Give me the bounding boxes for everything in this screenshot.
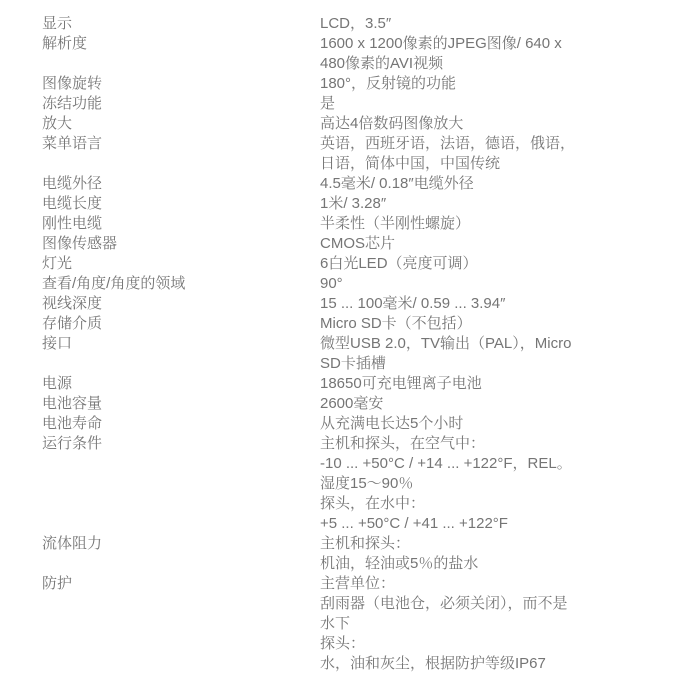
- spec-value-line: 18650可充电锂离子电池: [320, 374, 675, 394]
- spec-label: 电缆长度: [42, 194, 320, 214]
- spec-value-line: CMOS芯片: [320, 234, 675, 254]
- spec-row: 接口 微型USB 2.0，TV输出（PAL），MicroSD卡插槽: [42, 334, 700, 374]
- spec-row: 放大 高达4倍数码图像放大: [42, 114, 700, 134]
- spec-value: 是: [320, 94, 675, 114]
- spec-value-line: 水，油和灰尘，根据防护等级IP67: [320, 654, 675, 674]
- spec-label: 电池寿命: [42, 414, 320, 434]
- spec-value-line: 1600 x 1200像素的JPEG图像/ 640 x: [320, 34, 675, 54]
- spec-label: 灯光: [42, 254, 320, 274]
- spec-label: 显示: [42, 14, 320, 34]
- spec-value-line: 高达4倍数码图像放大: [320, 114, 675, 134]
- spec-value-line: 是: [320, 94, 675, 114]
- spec-row: 图像旋转 180°，反射镜的功能: [42, 74, 700, 94]
- spec-table: 显示 LCD，3.5″ 解析度 1600 x 1200像素的JPEG图像/ 64…: [0, 0, 700, 674]
- spec-value-line: 90°: [320, 274, 675, 294]
- spec-label: 运行条件: [42, 434, 320, 454]
- spec-value-line: 180°，反射镜的功能: [320, 74, 675, 94]
- spec-value: 4.5毫米/ 0.18″电缆外径: [320, 174, 675, 194]
- spec-label: 查看/角度/角度的领域: [42, 274, 320, 294]
- spec-label: 电源: [42, 374, 320, 394]
- spec-label: 解析度: [42, 34, 320, 54]
- spec-row: 流体阻力 主机和探头：机油，轻油或5％的盐水: [42, 534, 700, 574]
- spec-label: 接口: [42, 334, 320, 354]
- spec-label: 电池容量: [42, 394, 320, 414]
- spec-label: 图像旋转: [42, 74, 320, 94]
- spec-row: 存储介质 Micro SD卡（不包括）: [42, 314, 700, 334]
- spec-value: 半柔性（半刚性螺旋）: [320, 214, 675, 234]
- spec-value: 2600毫安: [320, 394, 675, 414]
- spec-value-line: SD卡插槽: [320, 354, 675, 374]
- spec-row: 视线深度 15 ... 100毫米/ 0.59 ... 3.94″: [42, 294, 700, 314]
- spec-value-line: 480像素的AVI视频: [320, 54, 675, 74]
- spec-label: 冻结功能: [42, 94, 320, 114]
- spec-row: 菜单语言 英语，西班牙语，法语，德语，俄语，日语，简体中国，中国传统: [42, 134, 700, 174]
- spec-value-line: 主机和探头：: [320, 534, 675, 554]
- spec-value-line: 6白光LED（亮度可调）: [320, 254, 675, 274]
- spec-value-line: 湿度15〜90％: [320, 474, 675, 494]
- spec-value: Micro SD卡（不包括）: [320, 314, 675, 334]
- spec-value: 主营单位：刮雨器（电池仓，必须关闭），而不是水下探头：水，油和灰尘，根据防护等级…: [320, 574, 675, 674]
- spec-label: 防护: [42, 574, 320, 594]
- spec-value-line: 2600毫安: [320, 394, 675, 414]
- spec-value-line: 4.5毫米/ 0.18″电缆外径: [320, 174, 675, 194]
- spec-value: 从充满电长达5个小时: [320, 414, 675, 434]
- spec-row: 冻结功能 是: [42, 94, 700, 114]
- spec-value-line: 主营单位：: [320, 574, 675, 594]
- spec-value: LCD，3.5″: [320, 14, 675, 34]
- spec-value: 6白光LED（亮度可调）: [320, 254, 675, 274]
- spec-value-line: 从充满电长达5个小时: [320, 414, 675, 434]
- spec-value: 18650可充电锂离子电池: [320, 374, 675, 394]
- spec-row: 电源 18650可充电锂离子电池: [42, 374, 700, 394]
- spec-value-line: +5 ... +50°C / +41 ... +122°F: [320, 514, 675, 534]
- spec-value-line: 刮雨器（电池仓，必须关闭），而不是: [320, 594, 675, 614]
- spec-value: CMOS芯片: [320, 234, 675, 254]
- spec-value: 15 ... 100毫米/ 0.59 ... 3.94″: [320, 294, 675, 314]
- spec-value-line: 机油，轻油或5％的盐水: [320, 554, 675, 574]
- spec-value-line: 微型USB 2.0，TV输出（PAL），Micro: [320, 334, 675, 354]
- spec-row: 查看/角度/角度的领域 90°: [42, 274, 700, 294]
- spec-row: 显示 LCD，3.5″: [42, 14, 700, 34]
- spec-label: 视线深度: [42, 294, 320, 314]
- spec-row: 电池寿命 从充满电长达5个小时: [42, 414, 700, 434]
- spec-value-line: 日语，简体中国，中国传统: [320, 154, 675, 174]
- spec-row: 刚性电缆 半柔性（半刚性螺旋）: [42, 214, 700, 234]
- spec-value-line: 主机和探头，在空气中：: [320, 434, 675, 454]
- spec-label: 放大: [42, 114, 320, 134]
- spec-row: 防护 主营单位：刮雨器（电池仓，必须关闭），而不是水下探头：水，油和灰尘，根据防…: [42, 574, 700, 674]
- spec-value-line: LCD，3.5″: [320, 14, 675, 34]
- spec-value-line: 探头，在水中：: [320, 494, 675, 514]
- spec-label: 流体阻力: [42, 534, 320, 554]
- spec-value-line: 探头：: [320, 634, 675, 654]
- spec-label: 菜单语言: [42, 134, 320, 154]
- spec-value: 180°，反射镜的功能: [320, 74, 675, 94]
- spec-row: 灯光 6白光LED（亮度可调）: [42, 254, 700, 274]
- spec-label: 刚性电缆: [42, 214, 320, 234]
- spec-row: 电缆外径 4.5毫米/ 0.18″电缆外径: [42, 174, 700, 194]
- spec-value: 90°: [320, 274, 675, 294]
- spec-row: 电缆长度 1米/ 3.28″: [42, 194, 700, 214]
- spec-value: 主机和探头：机油，轻油或5％的盐水: [320, 534, 675, 574]
- spec-value-line: 英语，西班牙语，法语，德语，俄语，: [320, 134, 675, 154]
- spec-value-line: 半柔性（半刚性螺旋）: [320, 214, 675, 234]
- spec-row: 图像传感器 CMOS芯片: [42, 234, 700, 254]
- spec-value: 微型USB 2.0，TV输出（PAL），MicroSD卡插槽: [320, 334, 675, 374]
- spec-row: 解析度 1600 x 1200像素的JPEG图像/ 640 x480像素的AVI…: [42, 34, 700, 74]
- spec-label: 存储介质: [42, 314, 320, 334]
- spec-value-line: -10 ... +50°C / +14 ... +122°F，REL。: [320, 454, 675, 474]
- spec-value-line: 15 ... 100毫米/ 0.59 ... 3.94″: [320, 294, 675, 314]
- spec-value: 1600 x 1200像素的JPEG图像/ 640 x480像素的AVI视频: [320, 34, 675, 74]
- spec-value: 1米/ 3.28″: [320, 194, 675, 214]
- spec-label: 图像传感器: [42, 234, 320, 254]
- spec-value: 主机和探头，在空气中：-10 ... +50°C / +14 ... +122°…: [320, 434, 675, 534]
- spec-value-line: 1米/ 3.28″: [320, 194, 675, 214]
- spec-value: 高达4倍数码图像放大: [320, 114, 675, 134]
- spec-value-line: 水下: [320, 614, 675, 634]
- spec-value: 英语，西班牙语，法语，德语，俄语，日语，简体中国，中国传统: [320, 134, 675, 174]
- spec-value-line: Micro SD卡（不包括）: [320, 314, 675, 334]
- spec-label: 电缆外径: [42, 174, 320, 194]
- spec-row: 运行条件 主机和探头，在空气中：-10 ... +50°C / +14 ... …: [42, 434, 700, 534]
- spec-row: 电池容量 2600毫安: [42, 394, 700, 414]
